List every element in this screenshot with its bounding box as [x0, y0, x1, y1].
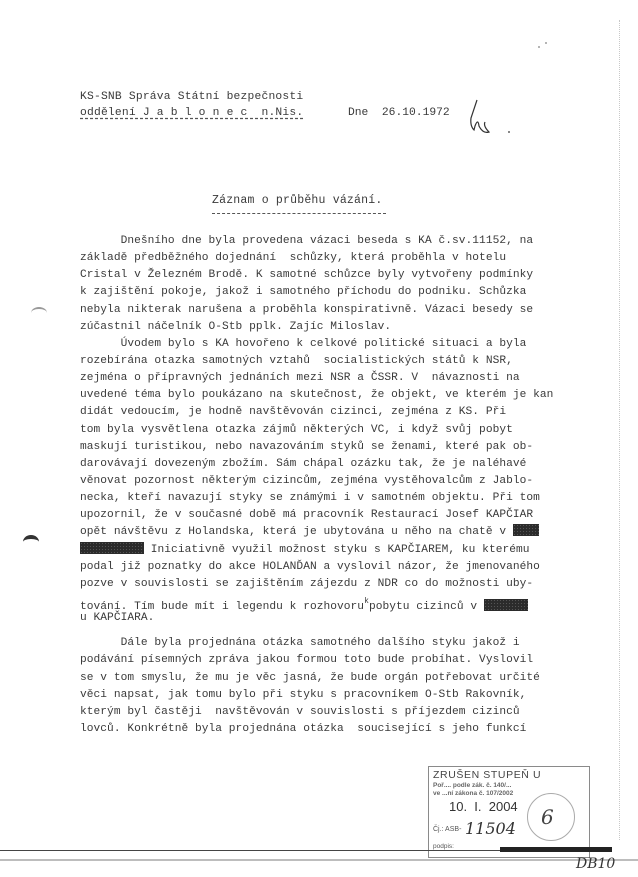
page-mark: DB10 — [576, 856, 615, 872]
body-line: Dále byla projednána otázka samotného da… — [80, 635, 620, 652]
handwritten-initials — [465, 96, 515, 141]
body-line: didát vedoucím, je hodně navštěvován ciz… — [80, 404, 620, 421]
body-line: věnovat pozornost některým cizincům, zej… — [80, 473, 620, 490]
stamp-ref-number: 11504 — [465, 819, 516, 838]
body-line: tování. Tím bude mít i legendu k rozhovo… — [80, 593, 620, 610]
body-line: uvedené téma bylo poukázano na skutečnos… — [80, 387, 620, 404]
stamp-date: 10. I. 2004 — [449, 799, 518, 814]
stamp-text: ve ...ní zákona č. 107/2002 — [433, 790, 513, 797]
body-line: maskují turistikou, nebo navazováním sty… — [80, 439, 620, 456]
ink-stroke — [500, 847, 612, 852]
page-bottom-edge — [0, 859, 638, 861]
body-line: věci napsat, jak tomu bylo při styku s p… — [80, 687, 620, 704]
stamp-heading: ZRUŠEN STUPEŇ U — [433, 769, 541, 781]
body-line: podal již poznatky do akce HOLANĎAN a vy… — [80, 559, 620, 576]
redaction-block — [80, 542, 144, 554]
header-department: oddělení J a b l o n e c n.Nis. — [80, 107, 303, 119]
seal-number: 6 — [541, 805, 554, 829]
scan-speck — [538, 46, 540, 48]
body-line: kterým byl častěji navštěvován v souvisl… — [80, 704, 620, 721]
redaction-block — [484, 599, 528, 611]
punch-hole-mark — [31, 307, 47, 319]
body-line: upozornil, že v současné době má pracovn… — [80, 507, 620, 524]
scan-speck — [545, 42, 547, 44]
body-line: rozebírána otazka samotných vztahů socia… — [80, 353, 620, 370]
body-line: opět návštěvu z Holandska, která je ubyt… — [80, 524, 620, 541]
document-title: Záznam o průběhu vázání. — [212, 194, 382, 207]
body-line: Dnešního dne byla provedena vázaci besed… — [80, 233, 620, 250]
body-line: základě předběžného dojednání schůzky, k… — [80, 250, 620, 267]
stamp-sign-label: podpis: — [433, 843, 454, 850]
title-underline — [212, 213, 386, 214]
paragraph-gap — [80, 627, 620, 635]
body-line: tom byla vysvětlena otazka zájmů některý… — [80, 422, 620, 439]
header-agency: KS-SNB Správa Státní bezpečnosti — [80, 91, 303, 103]
body-line: Cristal v Železném Brodě. K samotné schů… — [80, 267, 620, 284]
body-line: darovávají dovezeným zbožím. Sám chápal … — [80, 456, 620, 473]
document-body: Dnešního dne byla provedena vázaci besed… — [80, 233, 620, 738]
body-line: Úvodem bylo s KA hovořeno k celkové poli… — [80, 336, 620, 353]
body-line: pozve v souvislosti se zajištěním zájezd… — [80, 576, 620, 593]
body-line: lovců. Konkrétně byla projednána otázka … — [80, 721, 620, 738]
body-line: se v tom smyslu, že mu je věc jasná, že … — [80, 670, 620, 687]
document-date: Dne 26.10.1972 — [348, 107, 450, 119]
redaction-block — [513, 524, 539, 536]
body-line: Iniciativně využil možnost styku s KAPČI… — [80, 542, 620, 559]
body-line: zejména o přípravných jednáních mezi NSR… — [80, 370, 620, 387]
stamp-ref-label: Čj.: ASB- — [433, 826, 461, 833]
body-line: podávání písemných zpráva jakou formou t… — [80, 652, 620, 669]
stamp-text: Poř.... podle zák. č. 140/... — [433, 782, 511, 789]
body-line: nebyla nikterak narušena a proběhla kons… — [80, 302, 620, 319]
declassification-stamp: ZRUŠEN STUPEŇ U Poř.... podle zák. č. 14… — [428, 766, 590, 858]
body-line: necka, kteří navazují styky se známými i… — [80, 490, 620, 507]
body-line: k zajištění pokoje, jakož i samotného př… — [80, 284, 620, 301]
body-line: zúčastnil náčelník O-Stb pplk. Zajíc Mil… — [80, 319, 620, 336]
punch-hole-mark — [23, 535, 39, 549]
